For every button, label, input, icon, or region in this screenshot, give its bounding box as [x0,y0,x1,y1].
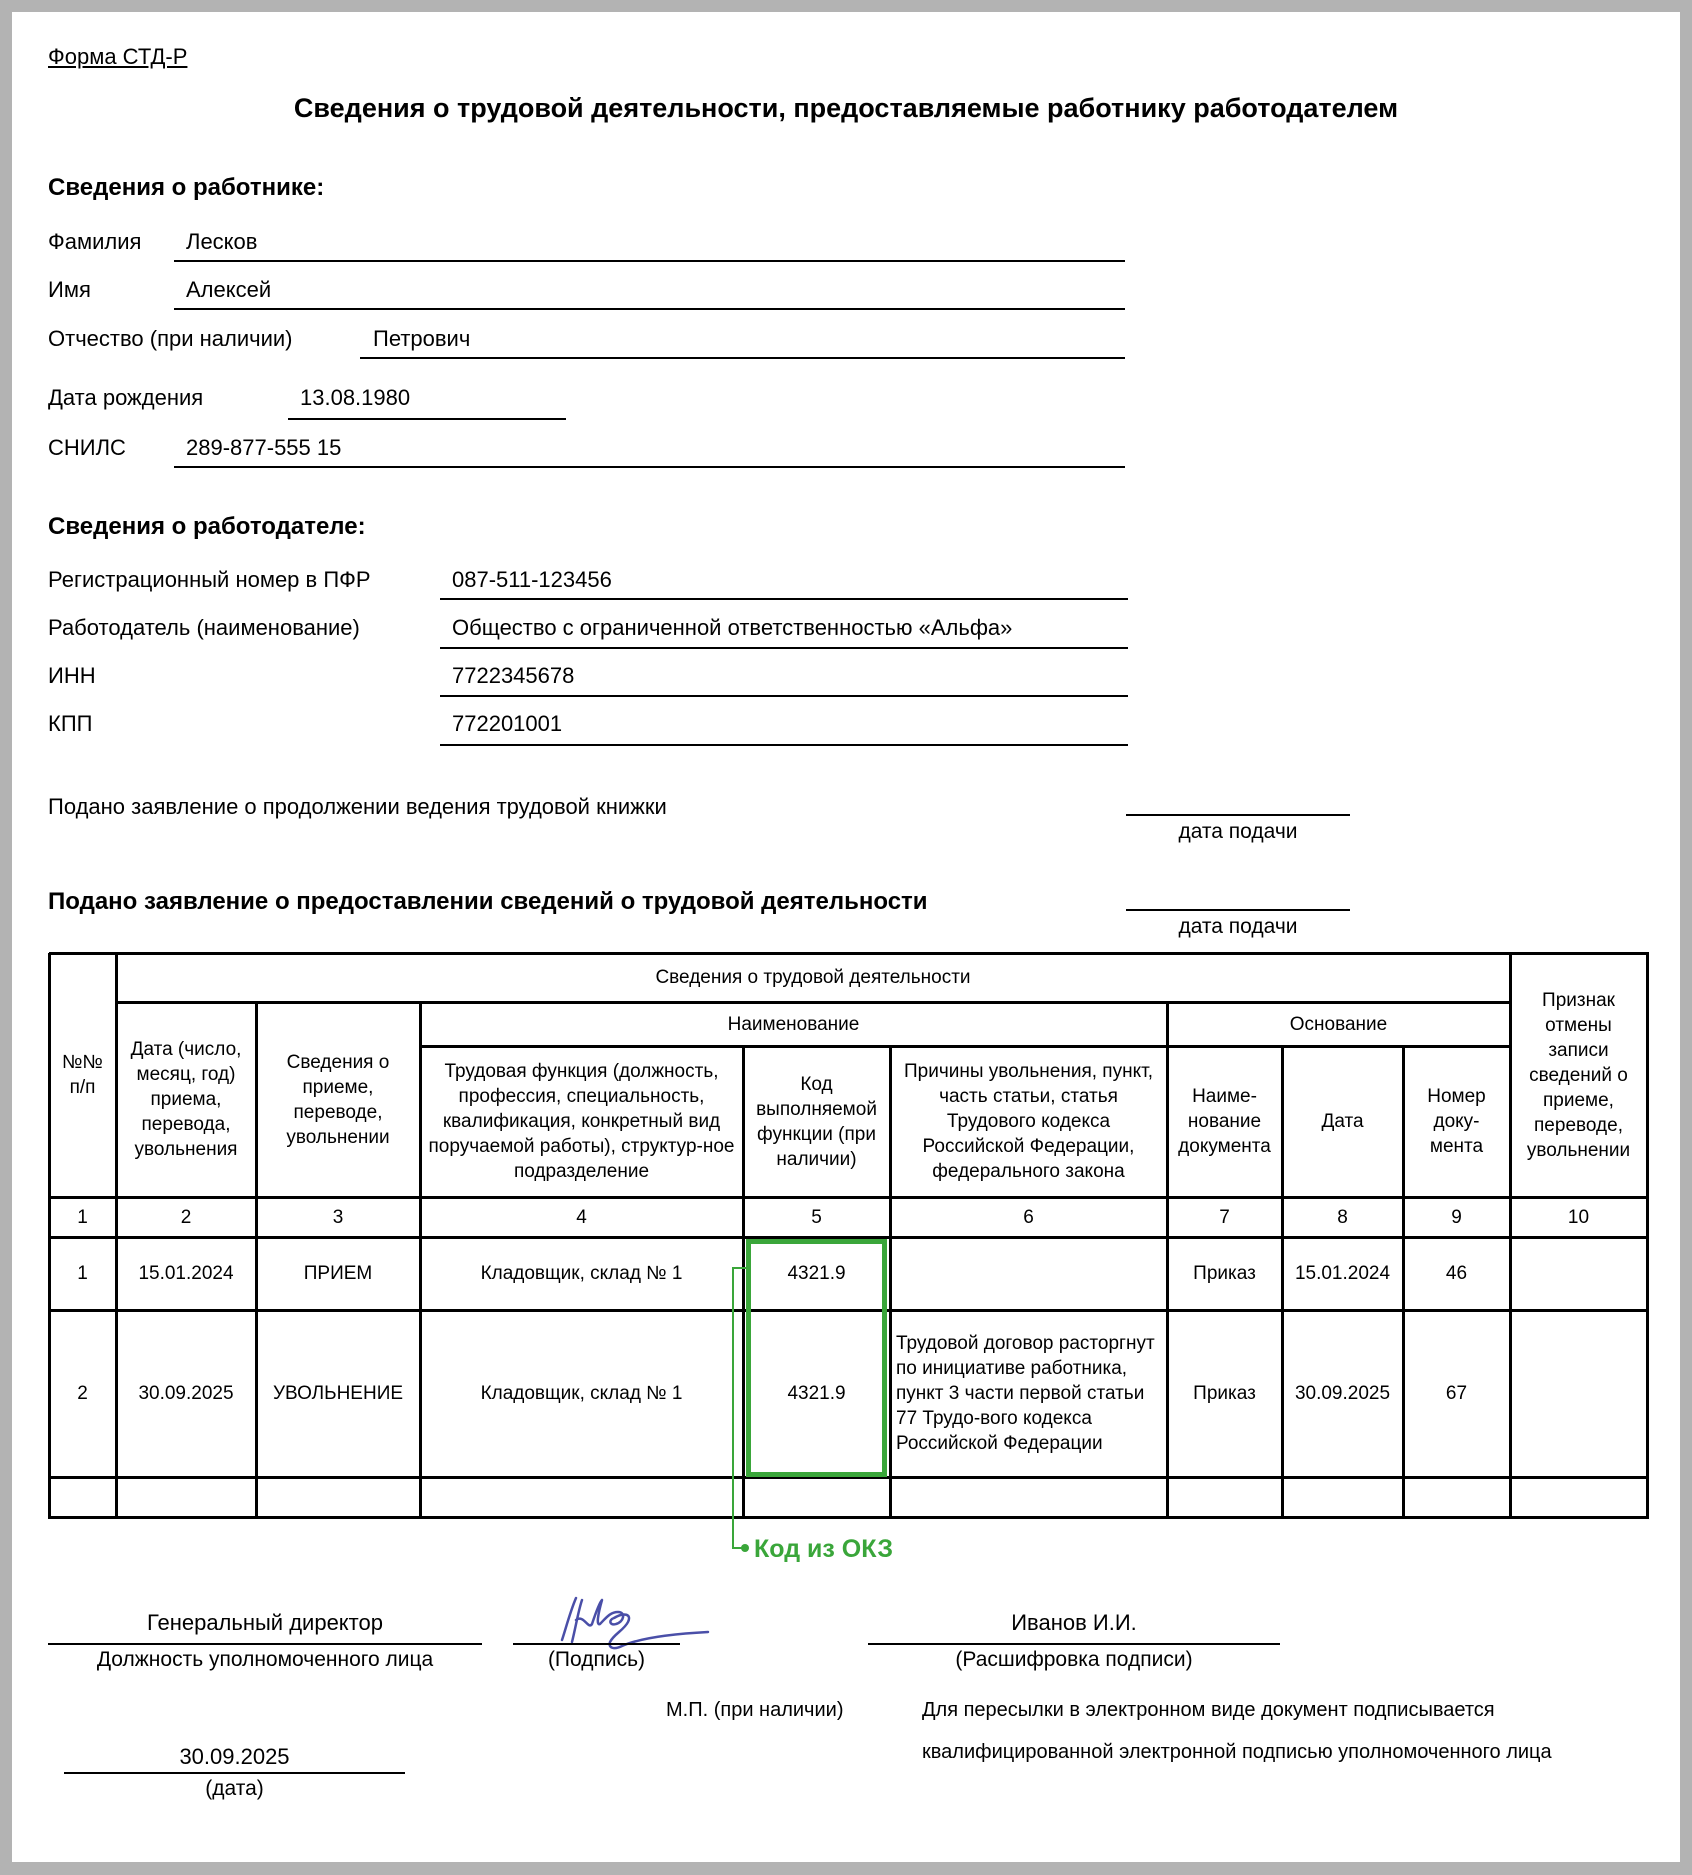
column-number-3: 3 [256,1197,420,1237]
stamp-note: М.П. (при наличии) [666,1698,843,1722]
name-value[interactable]: Алексей [186,277,271,303]
name-label: Имя [48,277,91,303]
table-grid-line [420,1045,1512,1048]
form-code: Форма СТД-Р [48,44,187,70]
column-number-9: 9 [1403,1197,1510,1237]
table-row-3-cell-5[interactable] [743,1477,890,1517]
inn-line [440,695,1128,697]
column-number-2: 2 [116,1197,256,1237]
column-number-6: 6 [890,1197,1167,1237]
table-row-1-cell-3[interactable]: ПРИЕМ [256,1237,420,1310]
table-row-1-cell-2[interactable]: 15.01.2024 [116,1237,256,1310]
pfr-label: Регистрационный номер в ПФР [48,567,371,593]
employer-name-line [440,647,1128,649]
highlight-okz-code [746,1239,887,1477]
name-line [174,308,1125,310]
birth-date-line [288,418,566,420]
table-row-3-cell-8[interactable] [1282,1477,1403,1517]
provide-info-text: Подано заявление о предоставлении сведен… [48,888,928,916]
table-grid-line [1166,1002,1169,1519]
table-row-3-cell-7[interactable] [1167,1477,1282,1517]
column-number-1: 1 [49,1197,116,1237]
surname-value[interactable]: Лесков [186,229,257,255]
table-row-1-cell-1[interactable]: 1 [49,1237,116,1310]
column-header-5: Код выполняемой функции (при наличии) [743,1046,890,1197]
electronic-note-line-2: квалифицированной электронной подписью у… [922,1740,1552,1764]
birth-date-value[interactable]: 13.08.1980 [300,385,410,411]
pfr-line [440,598,1128,600]
signer-name-value[interactable]: Иванов И.И. [868,1610,1280,1636]
table-row-3-cell-6[interactable] [890,1477,1167,1517]
signature-line[interactable] [513,1643,680,1645]
patronymic-line [360,357,1125,359]
naming-header: Наименование [420,1002,1167,1046]
snils-label: СНИЛС [48,435,126,461]
table-row-3-cell-1[interactable] [49,1477,116,1517]
position-value[interactable]: Генеральный директор [48,1610,482,1636]
sign-date-line [64,1772,405,1774]
signature-caption: (Подпись) [513,1647,680,1672]
employer-name-value[interactable]: Общество с ограниченной ответственностью… [452,615,1012,641]
signer-name-line [868,1643,1280,1645]
table-row-1-cell-7[interactable]: Приказ [1167,1237,1282,1310]
table-grid-line [49,1196,1649,1199]
kpp-line [440,744,1128,746]
table-grid-line [116,1001,1512,1004]
employer-heading: Сведения о работодателе: [48,513,366,541]
table-row-1-cell-4[interactable]: Кладовщик, склад № 1 [420,1237,743,1310]
birth-date-label: Дата рождения [48,385,203,411]
pfr-value[interactable]: 087-511-123456 [452,567,612,593]
table-row-3-cell-3[interactable] [256,1477,420,1517]
position-line [48,1643,482,1645]
annotation-label: Код из ОКЗ [754,1534,893,1564]
column-number-4: 4 [420,1197,743,1237]
column-header-7: Наиме-нование документа [1167,1046,1282,1197]
table-row-1-cell-8[interactable]: 15.01.2024 [1282,1237,1403,1310]
basis-header: Основание [1167,1002,1510,1046]
employer-name-label: Работодатель (наименование) [48,615,360,641]
signer-name-caption: (Расшифровка подписи) [868,1647,1280,1672]
table-row-3-cell-10[interactable] [1510,1477,1647,1517]
continue-book-date-line[interactable] [1126,814,1350,816]
table-row-2-cell-1[interactable]: 2 [49,1310,116,1477]
snils-line [174,466,1125,468]
table-row-3-cell-9[interactable] [1403,1477,1510,1517]
table-grid-line [1281,1046,1284,1519]
column-header-3: Сведения о приеме, переводе, увольнении [256,1002,420,1197]
column-header-6: Причины увольнения, пункт, часть статьи,… [890,1046,1167,1197]
column-number-7: 7 [1167,1197,1282,1237]
patronymic-value[interactable]: Петрович [373,326,470,352]
kpp-value[interactable]: 772201001 [452,711,562,737]
table-row-3-cell-2[interactable] [116,1477,256,1517]
table-grid-line [742,1046,745,1519]
kpp-label: КПП [48,711,92,737]
table-row-2-cell-8[interactable]: 30.09.2025 [1282,1310,1403,1477]
column-header-9: Номер доку-мента [1403,1046,1510,1197]
table-grid-line [1402,1046,1405,1519]
provide-info-date-caption: дата подачи [1126,914,1350,939]
table-row-2-cell-6[interactable]: Трудовой договор расторгнут по инициатив… [890,1310,1167,1477]
column-header-2: Дата (число, месяц, год) приема, перевод… [116,1002,256,1197]
electronic-note-line-1: Для пересылки в электронном виде докумен… [922,1698,1495,1722]
table-row-2-cell-10[interactable] [1510,1310,1647,1477]
employment-table: №№ п/пСведения о трудовой деятельностиПр… [49,953,1647,1517]
table-grid-line [419,1002,422,1519]
sign-date-caption: (дата) [64,1776,405,1801]
table-row-2-cell-7[interactable]: Приказ [1167,1310,1282,1477]
table-row-2-cell-2[interactable]: 30.09.2025 [116,1310,256,1477]
column-number-8: 8 [1282,1197,1403,1237]
surname-line [174,260,1125,262]
column-header-1: №№ п/п [49,953,116,1197]
table-grid-line [49,1516,1649,1519]
table-row-3-cell-4[interactable] [420,1477,743,1517]
inn-label: ИНН [48,663,96,689]
surname-label: Фамилия [48,229,141,255]
column-header-10: Признак отмены записи сведений о приеме,… [1510,953,1647,1197]
column-number-10: 10 [1510,1197,1647,1237]
table-row-1-cell-10[interactable] [1510,1237,1647,1310]
column-header-4: Трудовая функция (должность, профессия, … [420,1046,743,1197]
table-row-2-cell-4[interactable]: Кладовщик, склад № 1 [420,1310,743,1477]
position-caption: Должность уполномоченного лица [48,1647,482,1672]
table-grid-line [255,1002,258,1519]
table-grid-line [49,952,1649,955]
patronymic-label: Отчество (при наличии) [48,326,293,352]
snils-value[interactable]: 289-877-555 15 [186,435,341,461]
employee-heading: Сведения о работнике: [48,174,324,202]
continue-book-text: Подано заявление о продолжении ведения т… [48,794,667,820]
inn-value[interactable]: 7722345678 [452,663,574,689]
table-row-1-cell-6[interactable] [890,1237,1167,1310]
table-row-2-cell-9[interactable]: 67 [1403,1310,1510,1477]
continue-book-date-caption: дата подачи [1126,819,1350,844]
group-header: Сведения о трудовой деятельности [116,953,1510,1002]
table-row-2-cell-3[interactable]: УВОЛЬНЕНИЕ [256,1310,420,1477]
sign-date-value[interactable]: 30.09.2025 [64,1744,405,1770]
column-number-5: 5 [743,1197,890,1237]
document-title: Сведения о трудовой деятельности, предос… [12,91,1680,125]
provide-info-date-line[interactable] [1126,909,1350,911]
table-row-1-cell-9[interactable]: 46 [1403,1237,1510,1310]
table-grid-line [889,1046,892,1519]
column-header-8: Дата [1282,1046,1403,1197]
